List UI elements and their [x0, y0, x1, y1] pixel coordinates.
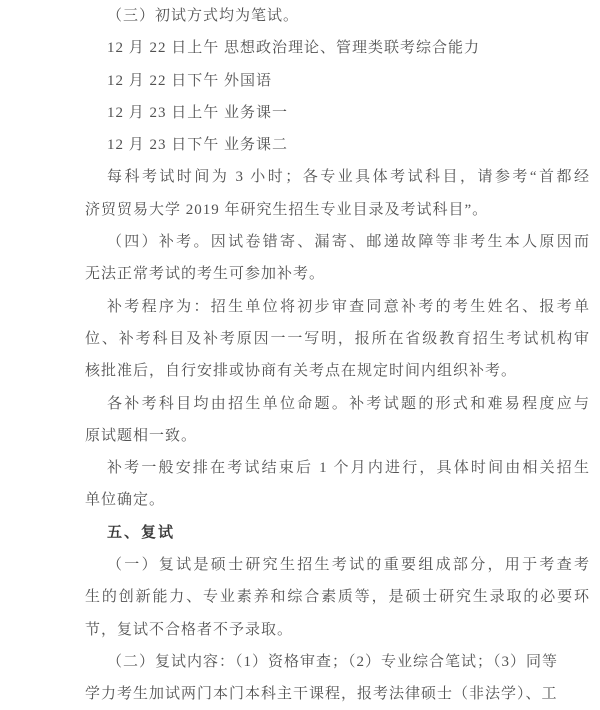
section-heading: 五、复试 [85, 517, 590, 549]
text-line: 位、补考科目及补考原因一一写明，报所在省级教育招生考试机构审 [85, 323, 590, 355]
text-line: 12 月 23 日上午 业务课一 [85, 97, 590, 129]
text-line: 各补考科目均由招生单位命题。补考试题的形式和难易程度应与 [85, 388, 590, 420]
text-line: 无法正常考试的考生可参加补考。 [85, 258, 590, 290]
text-line: 每科考试时间为 3 小时；各专业具体考试科目，请参考“首都经 [85, 161, 590, 193]
text-line: 原试题相一致。 [85, 420, 590, 452]
text-line: 12 月 22 日下午 外国语 [85, 65, 590, 97]
text-line: （一）复试是硕士研究生招生考试的重要组成部分，用于考查考 [85, 549, 590, 581]
text-line: （三）初试方式均为笔试。 [85, 0, 590, 32]
text-line: 核批准后，自行安排或协商有关考点在规定时间内组织补考。 [85, 355, 590, 387]
text-line: 学力考生加试两门本门本科主干课程，报考法律硕士（非法学）、工 [85, 678, 590, 710]
text-line: 济贸贸易大学 2019 年研究生招生专业目录及考试科目”。 [85, 194, 590, 226]
text-line: 补考程序为：招生单位将初步审查同意补考的考生姓名、报考单 [85, 291, 590, 323]
text-line: （二）复试内容：（1）资格审查；（2）专业综合笔试；（3）同等 [85, 646, 590, 678]
text-line: 12 月 22 日上午 思想政治理论、管理类联考综合能力 [85, 32, 590, 64]
text-line: 12 月 23 日下午 业务课二 [85, 129, 590, 161]
text-line: （四）补考。因试卷错寄、漏寄、邮递故障等非考生本人原因而 [85, 226, 590, 258]
text-line: 生的创新能力、专业素养和综合素质等，是硕士研究生录取的必要环 [85, 581, 590, 613]
text-line: 补考一般安排在考试结束后 1 个月内进行，具体时间由相关招生 [85, 452, 590, 484]
text-line: 节，复试不合格者不予录取。 [85, 614, 590, 646]
document-body: （三）初试方式均为笔试。12 月 22 日上午 思想政治理论、管理类联考综合能力… [85, 0, 590, 710]
text-line: 单位确定。 [85, 484, 590, 516]
